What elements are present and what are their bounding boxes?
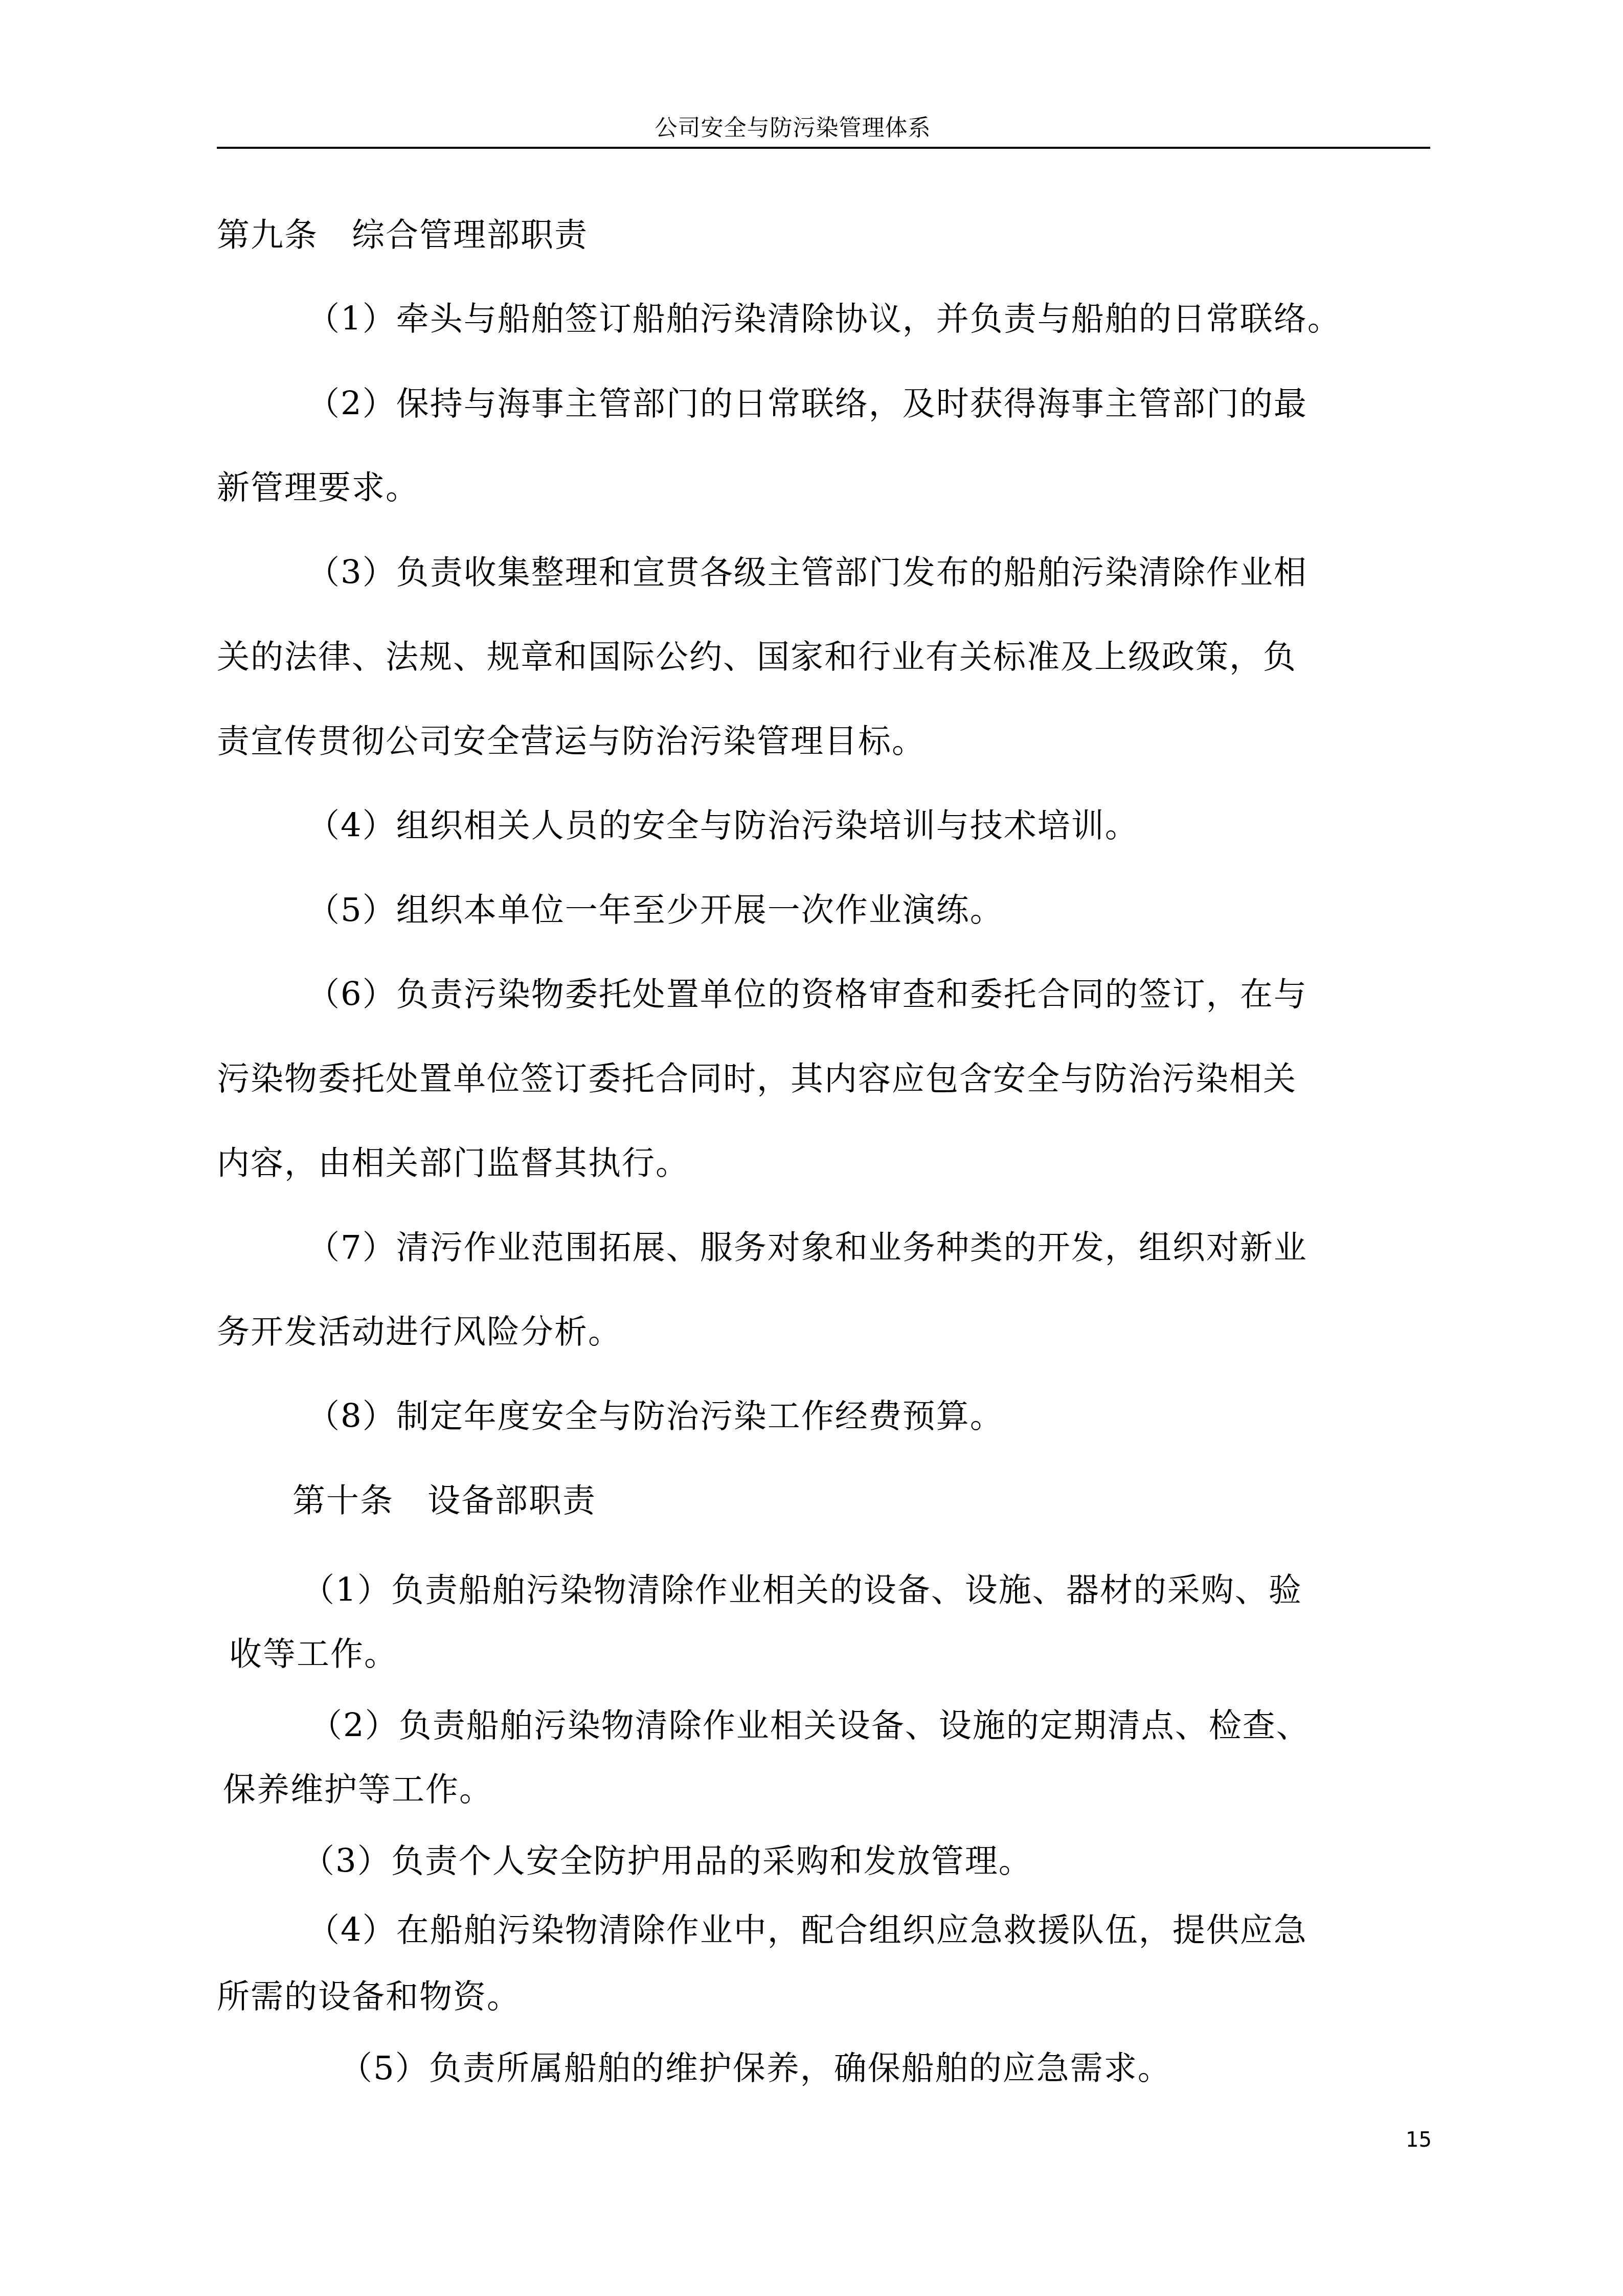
section-heading: 第十条 设备部职责: [292, 1480, 596, 1521]
paragraph-line: （5）组织本单位一年至少开展一次作业演练。: [307, 890, 1004, 931]
paragraph-line: 新管理要求。: [217, 467, 419, 508]
paragraph-line: （4）组织相关人员的安全与防治污染培训与技术培训。: [307, 805, 1139, 846]
page-number: 15: [1406, 2127, 1432, 2153]
paragraph-line: 保养维护等工作。: [223, 1769, 493, 1810]
paragraph-line: 收等工作。: [229, 1634, 398, 1675]
header-rule: [217, 147, 1430, 149]
paragraph-line: 关的法律、法规、规章和国际公约、国家和行业有关标准及上级政策，负: [217, 637, 1297, 678]
paragraph-line: 内容，由相关部门监督其执行。: [217, 1143, 689, 1184]
paragraph-line: （3）负责个人安全防护用品的采购和发放管理。: [302, 1841, 1032, 1882]
paragraph-line: （1）负责船舶污染物清除作业相关的设备、设施、器材的采购、验: [302, 1570, 1302, 1611]
paragraph-line: （3）负责收集整理和宣贯各级主管部门发布的船舶污染清除作业相: [307, 552, 1308, 593]
paragraph-line: （2）负责船舶污染物清除作业相关设备、设施的定期清点、检查、: [309, 1705, 1310, 1746]
section-heading: 第九条 综合管理部职责: [217, 215, 588, 256]
paragraph-line: （6）负责污染物委托处置单位的资格审查和委托合同的签订，在与: [307, 974, 1308, 1015]
paragraph-line: 务开发活动进行风险分析。: [217, 1312, 622, 1353]
paragraph-line: 所需的设备和物资。: [217, 1976, 521, 2017]
page-header: 公司安全与防污染管理体系: [217, 110, 1430, 149]
paragraph-line: （1）牵头与船舶签订船舶污染清除协议，并负责与船舶的日常联络。: [307, 299, 1341, 340]
paragraph-line: （4）在船舶污染物清除作业中，配合组织应急救援队伍，提供应急: [307, 1910, 1308, 1951]
paragraph-line: （5）负责所属船舶的维护保养，确保船舶的应急需求。: [340, 2048, 1171, 2089]
paragraph-line: （2）保持与海事主管部门的日常联络，及时获得海事主管部门的最: [307, 384, 1308, 424]
header-title: 公司安全与防污染管理体系: [217, 114, 1430, 143]
paragraph-line: （8）制定年度安全与防治污染工作经费预算。: [307, 1396, 1004, 1437]
paragraph-line: 责宣传贯彻公司安全营运与防治污染管理目标。: [217, 721, 926, 762]
paragraph-line: （7）清污作业范围拓展、服务对象和业务种类的开发，组织对新业: [307, 1227, 1308, 1268]
paragraph-line: 污染物委托处置单位签订委托合同时，其内容应包含安全与防治污染相关: [217, 1059, 1297, 1099]
